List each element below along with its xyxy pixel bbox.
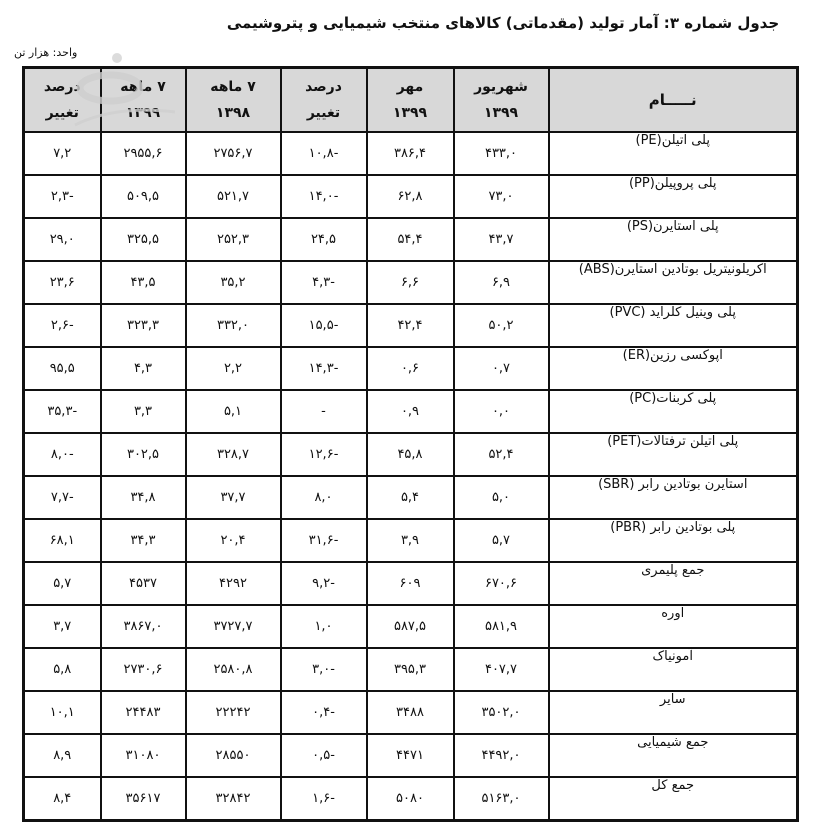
cell-m7_1399: ۵۰۹,۵ — [101, 175, 186, 218]
cell-m7_1398: ۳۵,۲ — [186, 261, 281, 304]
cell-m7_1398: ۳۲۸۴۲ — [186, 777, 281, 821]
cell-pct1: -۱,۶ — [281, 777, 367, 821]
cell-pct1: -۳,۰ — [281, 648, 367, 691]
cell-mehr: ۳۴۸۸ — [367, 691, 454, 734]
cell-m7_1399: ۲۷۳۰,۶ — [101, 648, 186, 691]
header-7month-1398: ۷ ماهه۱۳۹۸ — [186, 68, 281, 133]
cell-shahrivar: ۳۵۰۲,۰ — [454, 691, 549, 734]
cell-pct1: -۳۱,۶ — [281, 519, 367, 562]
cell-pct2: ۲۳,۶ — [24, 261, 101, 304]
cell-name: استایرن بوتادین رابر (SBR) — [549, 476, 798, 519]
table-row: استایرن بوتادین رابر (SBR)۵,۰۵,۴۸,۰۳۷,۷۳… — [24, 476, 798, 519]
cell-m7_1399: ۳۵۶۱۷ — [101, 777, 186, 821]
cell-shahrivar: ۵۱۶۳,۰ — [454, 777, 549, 821]
header-row: نـــــام شهریور۱۳۹۹ مهر۱۳۹۹ درصدتغییر ۷ … — [24, 68, 798, 133]
cell-name: پلی بوتادین رابر (PBR) — [549, 519, 798, 562]
header-7month-1399: ۷ ماهه۱۳۹۹ — [101, 68, 186, 133]
cell-pct2: ۸,۹ — [24, 734, 101, 777]
cell-shahrivar: ۴۴۹۲,۰ — [454, 734, 549, 777]
table-row: جمع کل۵۱۶۳,۰۵۰۸۰-۱,۶۳۲۸۴۲۳۵۶۱۷۸,۴ — [24, 777, 798, 821]
cell-pct1: - — [281, 390, 367, 433]
cell-m7_1399: ۲۴۴۸۳ — [101, 691, 186, 734]
cell-mehr: ۴۴۷۱ — [367, 734, 454, 777]
cell-shahrivar: ۶۷۰,۶ — [454, 562, 549, 605]
cell-m7_1398: ۲۰,۴ — [186, 519, 281, 562]
table-row: پلی کربنات(PC)۰,۰۰,۹-۵,۱۳,۳-۳۵,۳ — [24, 390, 798, 433]
table-row: پلی پروپیلن(PP)۷۳,۰۶۲,۸-۱۴,۰۵۲۱,۷۵۰۹,۵-۲… — [24, 175, 798, 218]
cell-name: پلی پروپیلن(PP) — [549, 175, 798, 218]
cell-pct1: -۱۵,۵ — [281, 304, 367, 347]
cell-pct2: -۳۵,۳ — [24, 390, 101, 433]
table-row: جمع شیمیایی۴۴۹۲,۰۴۴۷۱-۰,۵۲۸۵۵۰۳۱۰۸۰۸,۹ — [24, 734, 798, 777]
table-row: پلی بوتادین رابر (PBR)۵,۷۳,۹-۳۱,۶۲۰,۴۳۴,… — [24, 519, 798, 562]
cell-mehr: ۶,۶ — [367, 261, 454, 304]
cell-name: پلی اتیلن(PE) — [549, 132, 798, 175]
cell-m7_1399: ۴۳,۵ — [101, 261, 186, 304]
cell-m7_1398: ۴۲۹۲ — [186, 562, 281, 605]
cell-m7_1399: ۳۸۶۷,۰ — [101, 605, 186, 648]
cell-mehr: ۶۲,۸ — [367, 175, 454, 218]
table-row: سایر۳۵۰۲,۰۳۴۸۸-۰,۴۲۲۲۴۲۲۴۴۸۳۱۰,۱ — [24, 691, 798, 734]
cell-pct2: ۲۹,۰ — [24, 218, 101, 261]
cell-shahrivar: ۴۳۳,۰ — [454, 132, 549, 175]
cell-m7_1399: ۳۴,۸ — [101, 476, 186, 519]
cell-name: آمونیاک — [549, 648, 798, 691]
cell-pct1: -۰,۵ — [281, 734, 367, 777]
cell-name: جمع کل — [549, 777, 798, 821]
cell-mehr: ۳۹۵,۳ — [367, 648, 454, 691]
cell-m7_1398: ۲۵۲,۳ — [186, 218, 281, 261]
cell-pct2: -۸,۰ — [24, 433, 101, 476]
cell-shahrivar: ۷۳,۰ — [454, 175, 549, 218]
cell-m7_1399: ۴۵۳۷ — [101, 562, 186, 605]
cell-pct2: -۲,۶ — [24, 304, 101, 347]
cell-pct1: -۴,۳ — [281, 261, 367, 304]
cell-pct1: ۱,۰ — [281, 605, 367, 648]
cell-pct2: -۷,۷ — [24, 476, 101, 519]
cell-m7_1399: ۳۴,۳ — [101, 519, 186, 562]
table-row: اپوکسی رزین(ER)۰,۷۰,۶-۱۴,۳۲,۲۴,۳۹۵,۵ — [24, 347, 798, 390]
cell-name: اوره — [549, 605, 798, 648]
cell-mehr: ۵۰۸۰ — [367, 777, 454, 821]
cell-mehr: ۰,۶ — [367, 347, 454, 390]
cell-name: جمع شیمیایی — [549, 734, 798, 777]
cell-m7_1398: ۵,۱ — [186, 390, 281, 433]
cell-mehr: ۳,۹ — [367, 519, 454, 562]
header-pct-change-monthly: درصدتغییر — [281, 68, 367, 133]
cell-pct2: ۹۵,۵ — [24, 347, 101, 390]
cell-pct1: ۸,۰ — [281, 476, 367, 519]
cell-mehr: ۳۸۶,۴ — [367, 132, 454, 175]
header-mehr-1399: مهر۱۳۹۹ — [367, 68, 454, 133]
cell-m7_1398: ۳۳۲,۰ — [186, 304, 281, 347]
cell-pct1: ۲۴,۵ — [281, 218, 367, 261]
cell-m7_1398: ۲۵۸۰,۸ — [186, 648, 281, 691]
cell-shahrivar: ۶,۹ — [454, 261, 549, 304]
table-row: آمونیاک۴۰۷,۷۳۹۵,۳-۳,۰۲۵۸۰,۸۲۷۳۰,۶۵,۸ — [24, 648, 798, 691]
table-title: جدول شماره ۳: آمار تولید (مقدماتی) کالاه… — [0, 14, 816, 32]
cell-pct2: ۸,۴ — [24, 777, 101, 821]
cell-pct1: -۱۰,۸ — [281, 132, 367, 175]
cell-m7_1399: ۳۱۰۸۰ — [101, 734, 186, 777]
cell-name: پلی اتیلن ترفتالات(PET) — [549, 433, 798, 476]
cell-pct1: -۰,۴ — [281, 691, 367, 734]
header-pct-change-7month: درصدتغییر — [24, 68, 101, 133]
unit-label: واحد: هزار تن — [14, 46, 77, 59]
cell-m7_1399: ۳۲۳,۳ — [101, 304, 186, 347]
cell-pct1: -۱۴,۳ — [281, 347, 367, 390]
cell-pct2: -۲,۳ — [24, 175, 101, 218]
cell-name: اپوکسی رزین(ER) — [549, 347, 798, 390]
table-row: اکریلونیتریل بوتادین استایرن(ABS)۶,۹۶,۶-… — [24, 261, 798, 304]
cell-m7_1398: ۲۸۵۵۰ — [186, 734, 281, 777]
cell-name: اکریلونیتریل بوتادین استایرن(ABS) — [549, 261, 798, 304]
cell-mehr: ۶۰۹ — [367, 562, 454, 605]
cell-name: سایر — [549, 691, 798, 734]
cell-m7_1398: ۵۲۱,۷ — [186, 175, 281, 218]
cell-pct2: ۵,۸ — [24, 648, 101, 691]
cell-mehr: ۵۸۷,۵ — [367, 605, 454, 648]
cell-shahrivar: ۵,۷ — [454, 519, 549, 562]
cell-m7_1398: ۳۲۸,۷ — [186, 433, 281, 476]
cell-pct1: -۱۲,۶ — [281, 433, 367, 476]
cell-m7_1398: ۳۷۲۷,۷ — [186, 605, 281, 648]
table-title-text: جدول شماره ۳: آمار تولید (مقدماتی) کالاه… — [227, 14, 779, 32]
cell-mehr: ۰,۹ — [367, 390, 454, 433]
cell-m7_1398: ۳۷,۷ — [186, 476, 281, 519]
cell-mehr: ۴۲,۴ — [367, 304, 454, 347]
cell-shahrivar: ۴۳,۷ — [454, 218, 549, 261]
cell-name: پلی کربنات(PC) — [549, 390, 798, 433]
cell-pct2: ۵,۷ — [24, 562, 101, 605]
cell-shahrivar: ۵,۰ — [454, 476, 549, 519]
header-name: نـــــام — [549, 68, 798, 133]
cell-m7_1399: ۳۲۵,۵ — [101, 218, 186, 261]
table-row: پلی اتیلن ترفتالات(PET)۵۲,۴۴۵,۸-۱۲,۶۳۲۸,… — [24, 433, 798, 476]
cell-mehr: ۴۵,۸ — [367, 433, 454, 476]
cell-shahrivar: ۰,۷ — [454, 347, 549, 390]
cell-m7_1398: ۲,۲ — [186, 347, 281, 390]
cell-m7_1399: ۲۹۵۵,۶ — [101, 132, 186, 175]
cell-m7_1399: ۳,۳ — [101, 390, 186, 433]
cell-shahrivar: ۵۸۱,۹ — [454, 605, 549, 648]
cell-name: جمع پلیمری — [549, 562, 798, 605]
cell-pct1: -۱۴,۰ — [281, 175, 367, 218]
table-row: اوره۵۸۱,۹۵۸۷,۵۱,۰۳۷۲۷,۷۳۸۶۷,۰۳,۷ — [24, 605, 798, 648]
cell-m7_1398: ۲۷۵۶,۷ — [186, 132, 281, 175]
cell-mehr: ۵۴,۴ — [367, 218, 454, 261]
cell-name: پلی وینیل کلراید (PVC) — [549, 304, 798, 347]
cell-shahrivar: ۴۰۷,۷ — [454, 648, 549, 691]
table-row: پلی وینیل کلراید (PVC)۵۰,۲۴۲,۴-۱۵,۵۳۳۲,۰… — [24, 304, 798, 347]
cell-pct2: ۶۸,۱ — [24, 519, 101, 562]
production-stats-table: نـــــام شهریور۱۳۹۹ مهر۱۳۹۹ درصدتغییر ۷ … — [22, 66, 799, 822]
table-row: پلی اتیلن(PE)۴۳۳,۰۳۸۶,۴-۱۰,۸۲۷۵۶,۷۲۹۵۵,۶… — [24, 132, 798, 175]
cell-pct2: ۷,۲ — [24, 132, 101, 175]
cell-shahrivar: ۵۲,۴ — [454, 433, 549, 476]
table-row: پلی استایرن(PS)۴۳,۷۵۴,۴۲۴,۵۲۵۲,۳۳۲۵,۵۲۹,… — [24, 218, 798, 261]
cell-name: پلی استایرن(PS) — [549, 218, 798, 261]
cell-m7_1398: ۲۲۲۴۲ — [186, 691, 281, 734]
cell-mehr: ۵,۴ — [367, 476, 454, 519]
cell-pct2: ۳,۷ — [24, 605, 101, 648]
cell-m7_1399: ۳۰۲,۵ — [101, 433, 186, 476]
header-shahrivar-1399: شهریور۱۳۹۹ — [454, 68, 549, 133]
cell-pct2: ۱۰,۱ — [24, 691, 101, 734]
table-row: جمع پلیمری۶۷۰,۶۶۰۹-۹,۲۴۲۹۲۴۵۳۷۵,۷ — [24, 562, 798, 605]
cell-m7_1399: ۴,۳ — [101, 347, 186, 390]
cell-pct1: -۹,۲ — [281, 562, 367, 605]
cell-shahrivar: ۰,۰ — [454, 390, 549, 433]
cell-shahrivar: ۵۰,۲ — [454, 304, 549, 347]
